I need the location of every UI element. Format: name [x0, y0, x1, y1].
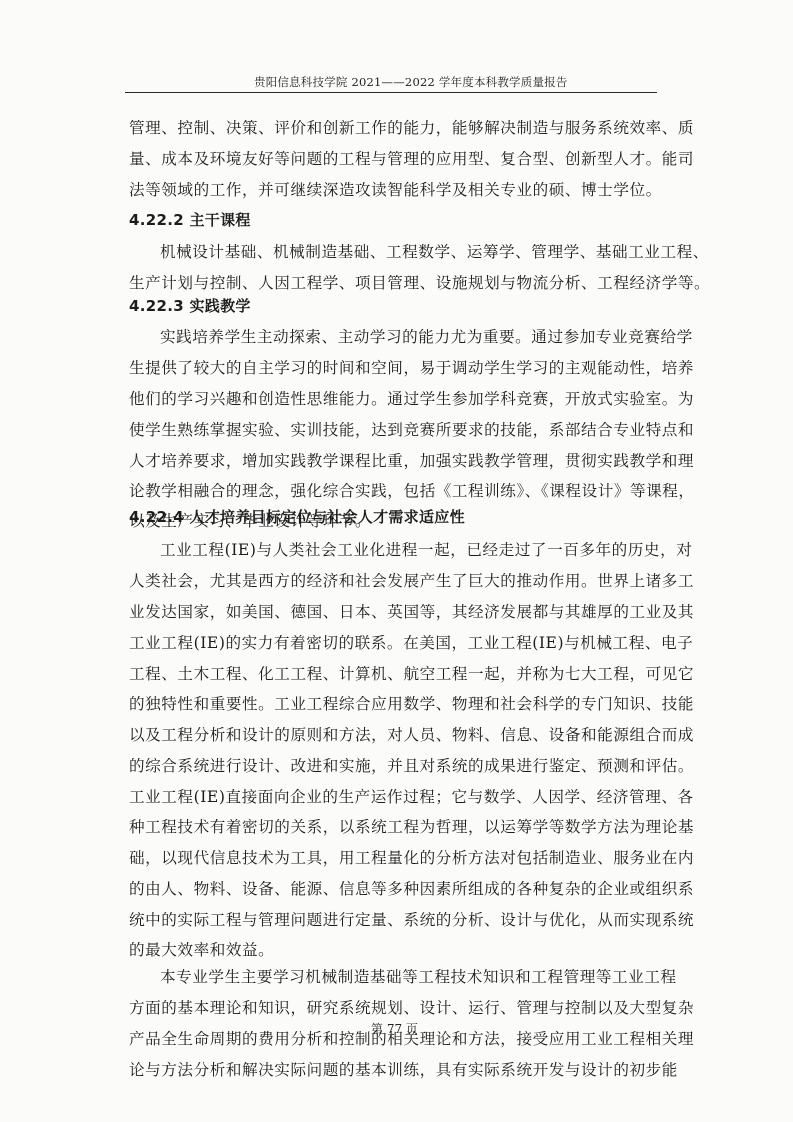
text-line: 的独特性和重要性。工业工程综合应用数学、物理和社会科学的专门知识、技能 [129, 694, 694, 714]
text-line: 础，以现代信息技术为工具，用工程量化的分析方法对包括制造业、服务业在内 [129, 848, 694, 868]
text-line: 的由人、物料、设备、能源、信息等多种因素所组成的各种复杂的企业或组织系 [129, 879, 694, 899]
text-line: 他们的学习兴趣和创造性思维能力。通过学生参加学科竞赛，开放式实验室。为 [129, 389, 694, 409]
text-line: 业发达国家，如美国、德国、日本、英国等，其经济发展都与其雄厚的工业及其 [129, 602, 694, 622]
text-line: 以及工程分析和设计的原则和方法，对人员、物料、信息、设备和能源组合而成 [129, 725, 694, 745]
text-line: 人类社会，尤其是西方的经济和社会发展产生了巨大的推动作用。世界上诸多工 [129, 571, 694, 591]
text-line: 工业工程(IE)的实力有着密切的联系。在美国，工业工程(IE)与机械工程、电子 [129, 633, 693, 653]
text-line: 的综合系统进行设计、改进和实施，并且对系统的成果进行鉴定、预测和评估。 [129, 756, 694, 776]
text-line: 论教学相融合的理念，强化综合实践，包括《工程训练》、《课程设计》等课程， [129, 481, 695, 501]
text-line: 统中的实际工程与管理问题进行定量、系统的分析、设计与优化，从而实现系统 [129, 910, 694, 930]
section-heading: 4.22.3 实践教学 [129, 296, 251, 316]
text-line: 工业工程(IE)直接面向企业的生产运作过程；它与数学、人因学、经济管理、各 [129, 787, 694, 807]
text-line: 使学生熟练掌握实验、实训技能，达到竞赛所要求的技能，系部结合专业特点和 [129, 420, 694, 440]
text-line: 方面的基本理论和知识，研究系统规划、设计、运行、管理与控制以及大型复杂 [129, 998, 694, 1018]
text-line: 量、成本及环境友好等问题的工程与管理的应用型、复合型、创新型人才。能司 [129, 149, 694, 169]
text-line: 生产计划与控制、人因工程学、项目管理、设施规划与物流分析、工程经济学等。 [129, 273, 710, 293]
text-line: 本专业学生主要学习机械制造基础等工程技术知识和工程管理等工业工程 [160, 967, 677, 987]
text-line: 法等领域的工作，并可继续深造攻读智能科学及相关专业的硕、博士学位。 [129, 180, 662, 200]
text-line: 的最大效率和效益。 [129, 940, 274, 960]
page-number: 第 77 页 [371, 1020, 418, 1037]
section-heading: 4.22.2 主干课程 [129, 210, 251, 230]
text-line: 工业工程(IE)与人类社会工业化进程一起，已经走过了一百多年的历史，对 [160, 540, 692, 560]
text-line: 生提供了较大的自主学习的时间和空间，易于调动学生学习的主观能动性，培养 [129, 358, 694, 378]
text-line: 实践培养学生主动探索、主动学习的能力尤为重要。通过参加专业竞赛给学 [160, 327, 693, 347]
text-line: 论与方法分析和解决实际问题的基本训练，具有实际系统开发与设计的初步能 [129, 1060, 678, 1080]
text-line: 管理、控制、决策、评价和创新工作的能力，能够解决制造与服务系统效率、质 [129, 118, 694, 138]
text-line: 种工程技术有着密切的关系，以系统工程为哲理，以运筹学等数学方法为理论基 [129, 817, 694, 837]
header-divider [125, 92, 657, 93]
text-line: 机械设计基础、机械制造基础、工程数学、运筹学、管理学、基础工业工程、 [160, 242, 709, 262]
header-title: 贵阳信息科技学院 2021——2022 学年度本科教学质量报告 [254, 74, 568, 90]
text-line: 人才培养要求，增加实践教学课程比重，加强实践教学管理，贯彻实践教学和理 [129, 451, 694, 471]
text-line: 工程、土木工程、化工工程、计算机、航空工程一起，并称为七大工程，可见它 [129, 664, 694, 684]
section-heading: 4.22.4 人才培养目标定位与社会人才需求适应性 [129, 507, 465, 527]
